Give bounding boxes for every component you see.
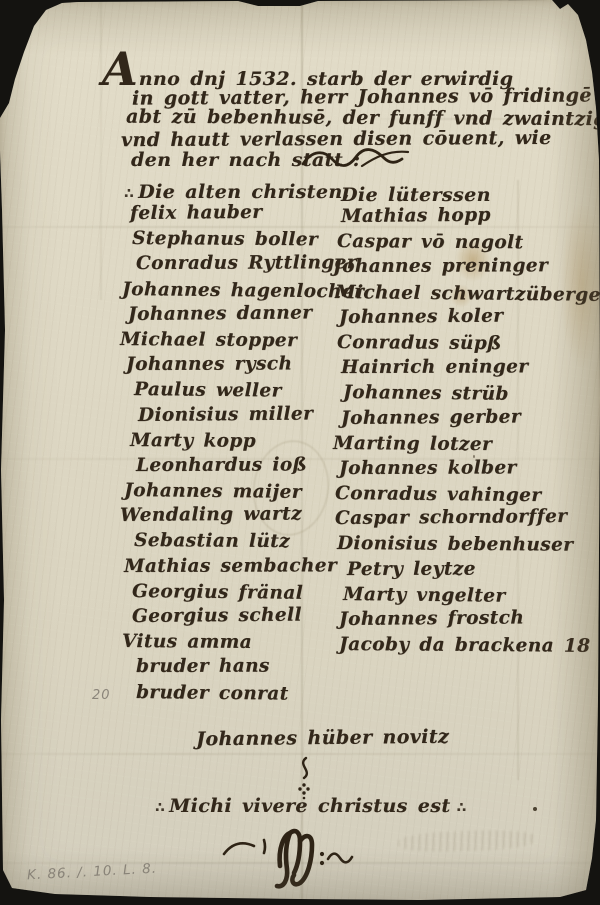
paper-sheet: Anno dnj 1532. starb der erwirdig in got…: [0, 0, 600, 905]
list-item: felix hauber: [130, 201, 355, 228]
list-item: bruder conrat: [136, 682, 355, 709]
list-item: Georgius schell: [132, 604, 355, 631]
list-item: Jacoby da brackena 18: [339, 634, 588, 661]
list-item: Marty kopp: [130, 430, 355, 457]
therefore-mark: ∴: [155, 800, 169, 816]
list-item: Johannes frostch: [339, 607, 588, 634]
right-column-header: Die lüterssen: [341, 184, 491, 206]
scribe-monogram: [218, 824, 358, 898]
list-item: Caspar vō nagolt: [337, 231, 588, 258]
list-item: Sebastian lütz: [134, 530, 355, 557]
therefore-mark: ∴: [124, 186, 138, 202]
list-item: Johannes gerber: [341, 405, 588, 432]
list-item: Leonhardus ioß: [136, 454, 355, 480]
list-item: Dionisius miller: [138, 403, 355, 430]
list-item: Johannes kolber: [339, 457, 588, 483]
list-item: Petry leytze: [347, 558, 588, 584]
pencil-margin-number: 20: [92, 688, 111, 703]
list-item: Mathias sembacher: [124, 555, 355, 581]
pencil-shelfmark: K. 86. /. 10. L. 8.: [27, 861, 158, 884]
list-item: Hainrich eninger: [341, 356, 588, 382]
manuscript-photo: Anno dnj 1532. starb der erwirdig in got…: [0, 0, 600, 905]
therefore-mark: ∴: [451, 800, 471, 816]
list-item: Caspar schorndorffer: [335, 506, 588, 533]
list-item: Vitus amma: [122, 631, 355, 658]
list-item: Wendaling wartz: [120, 503, 355, 530]
ink-speck: [533, 807, 537, 811]
list-item: Mathias hopp: [341, 204, 588, 231]
list-item: Conradus Ryttlinger: [136, 253, 355, 279]
separator-flourish: [292, 756, 318, 800]
list-item: Stephanus boller: [132, 228, 355, 255]
list-item: Marting lotzer: [333, 433, 588, 460]
list-item: Johannes rysch: [126, 353, 355, 379]
list-item: Dionisius bebenhuser: [337, 533, 588, 560]
list-item: Michael stopper: [120, 329, 355, 356]
offset-ink-smudge: [398, 829, 537, 854]
lutherans-name-list: Mathias hopp Caspar vō nagolt Johannes p…: [333, 206, 588, 659]
left-column-header: ∴Die alten christen,: [124, 181, 350, 203]
list-item: bruder hans: [136, 656, 355, 682]
novice-line: Johannes hüber novitz: [196, 726, 449, 751]
list-item: Johannes danner: [128, 302, 355, 329]
crease-lower: [0, 753, 600, 755]
list-item: Johannes koler: [339, 305, 588, 332]
list-item: Johannes preninger: [333, 255, 588, 281]
motto-line: ∴Michi vivere christus est∴: [155, 795, 471, 817]
heading-end-flourish: [300, 146, 415, 172]
old-christians-name-list: felix hauber Stephanus boller Conradus R…: [120, 203, 355, 707]
list-item: Conradus süpß: [337, 332, 588, 359]
